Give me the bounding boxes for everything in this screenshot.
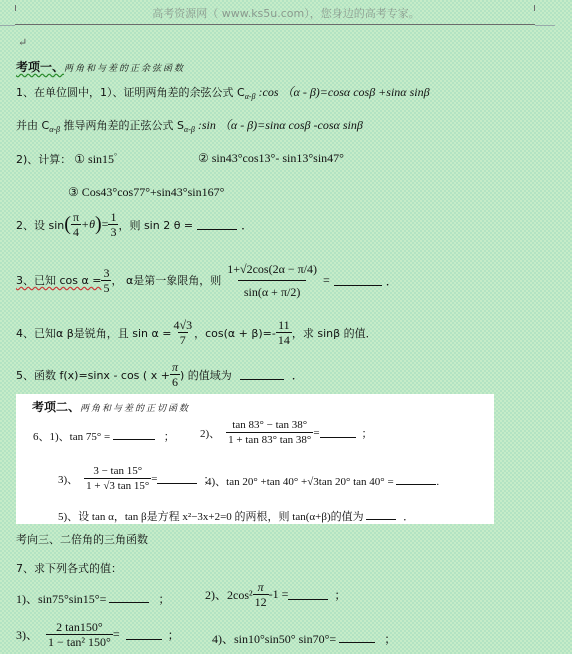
answer-blank[interactable] (396, 474, 436, 485)
answer-blank[interactable] (334, 275, 382, 286)
answer-blank[interactable] (240, 369, 284, 380)
question-2-label: 2)、计算： ① sin15° (16, 151, 117, 167)
question-7-3: 3)、 2 tan150°1 − tan² 150° = ； (16, 620, 180, 649)
section1-heading: 考项一、两角和与差的正余弦函数 (16, 58, 185, 76)
paragraph-mark-icon: ↵ (18, 36, 27, 49)
header-rule-ext-right (535, 25, 555, 26)
answer-blank[interactable] (288, 589, 328, 600)
section1-title: 考项一、 (16, 60, 64, 74)
question-7-4: 4)、sin10°sin50° sin70°= ； (212, 630, 396, 647)
page-header: 高考资源网（ www.ks5u.com），您身边的高考专家。 (0, 5, 572, 21)
answer-blank[interactable] (109, 592, 149, 603)
question-2-item-2: ② sin43°cos13°- sin13°sin47° (198, 151, 344, 166)
section1-subtitle: 两角和与差的正余弦函数 (64, 64, 185, 74)
question-7-1: 1)、sin75°sin15°= ； (16, 590, 170, 607)
answer-blank[interactable] (157, 473, 197, 484)
answer-blank[interactable] (320, 427, 356, 438)
crop-mark-right (534, 5, 535, 11)
question-1-line-2: 并由 Cα-β 推导两角差的正弦公式 Sα-β :sin （α - β)=sin… (16, 116, 363, 134)
answer-blank[interactable] (113, 429, 155, 440)
answer-blank[interactable] (339, 632, 375, 643)
question-6-5: 5)、设 tan α，tan β是方程 x²−3x+2=0 的两根，则 tan(… (58, 508, 414, 524)
answer-blank[interactable] (126, 629, 162, 640)
header-rule (15, 24, 535, 25)
question-6-2: 2)、 tan 83° − tan 38°1 + tan 83° tan 38°… (200, 418, 373, 447)
answer-blank[interactable] (197, 219, 237, 230)
question-3: 2、设 sin ( π4 +θ ) = 13 ，则 sin 2 θ = ． (16, 210, 253, 239)
question-7-label: 7、求下列各式的值： (16, 560, 122, 576)
question-6-1: 6、1)、tan 75° = ； (33, 428, 175, 444)
section3-title: 考向三、二倍角的三角函数 (16, 531, 148, 547)
question-6-3: 3)、 3 − tan 15°1 + √3 tan 15° = ； (58, 464, 214, 493)
question-6-4: 4)、tan 20° +tan 40° +√3tan 20° tan 40° =… (206, 473, 439, 489)
header-rule-ext-left (0, 25, 15, 26)
question-7-2: 2)、2cos² π12 -1 = ； (205, 580, 346, 609)
crop-mark-left (15, 5, 16, 11)
answer-blank[interactable] (366, 509, 396, 520)
section2-heading: 考项二、两角和与差的正切函数 (32, 398, 190, 416)
question-4: 3、已知 cos α = 35 ， α是第一象限角，则 1+√2cos(2α −… (16, 250, 398, 310)
question-5: 4、已知α β是锐角，且 sin α = 4√37 ，cos(α + β)=- … (16, 318, 377, 347)
question-6: 5、函数 f(x)=sinx - cos ( x + π6 ) 的值域为 ． (16, 360, 304, 389)
question-2-item-3: ③ Cos43°cos77°+sin43°sin167° (68, 185, 224, 200)
question-1-line-1: 1、在单位圆中，1）、证明两角差的余弦公式 Cα-β :cos （α - β)=… (16, 83, 430, 101)
